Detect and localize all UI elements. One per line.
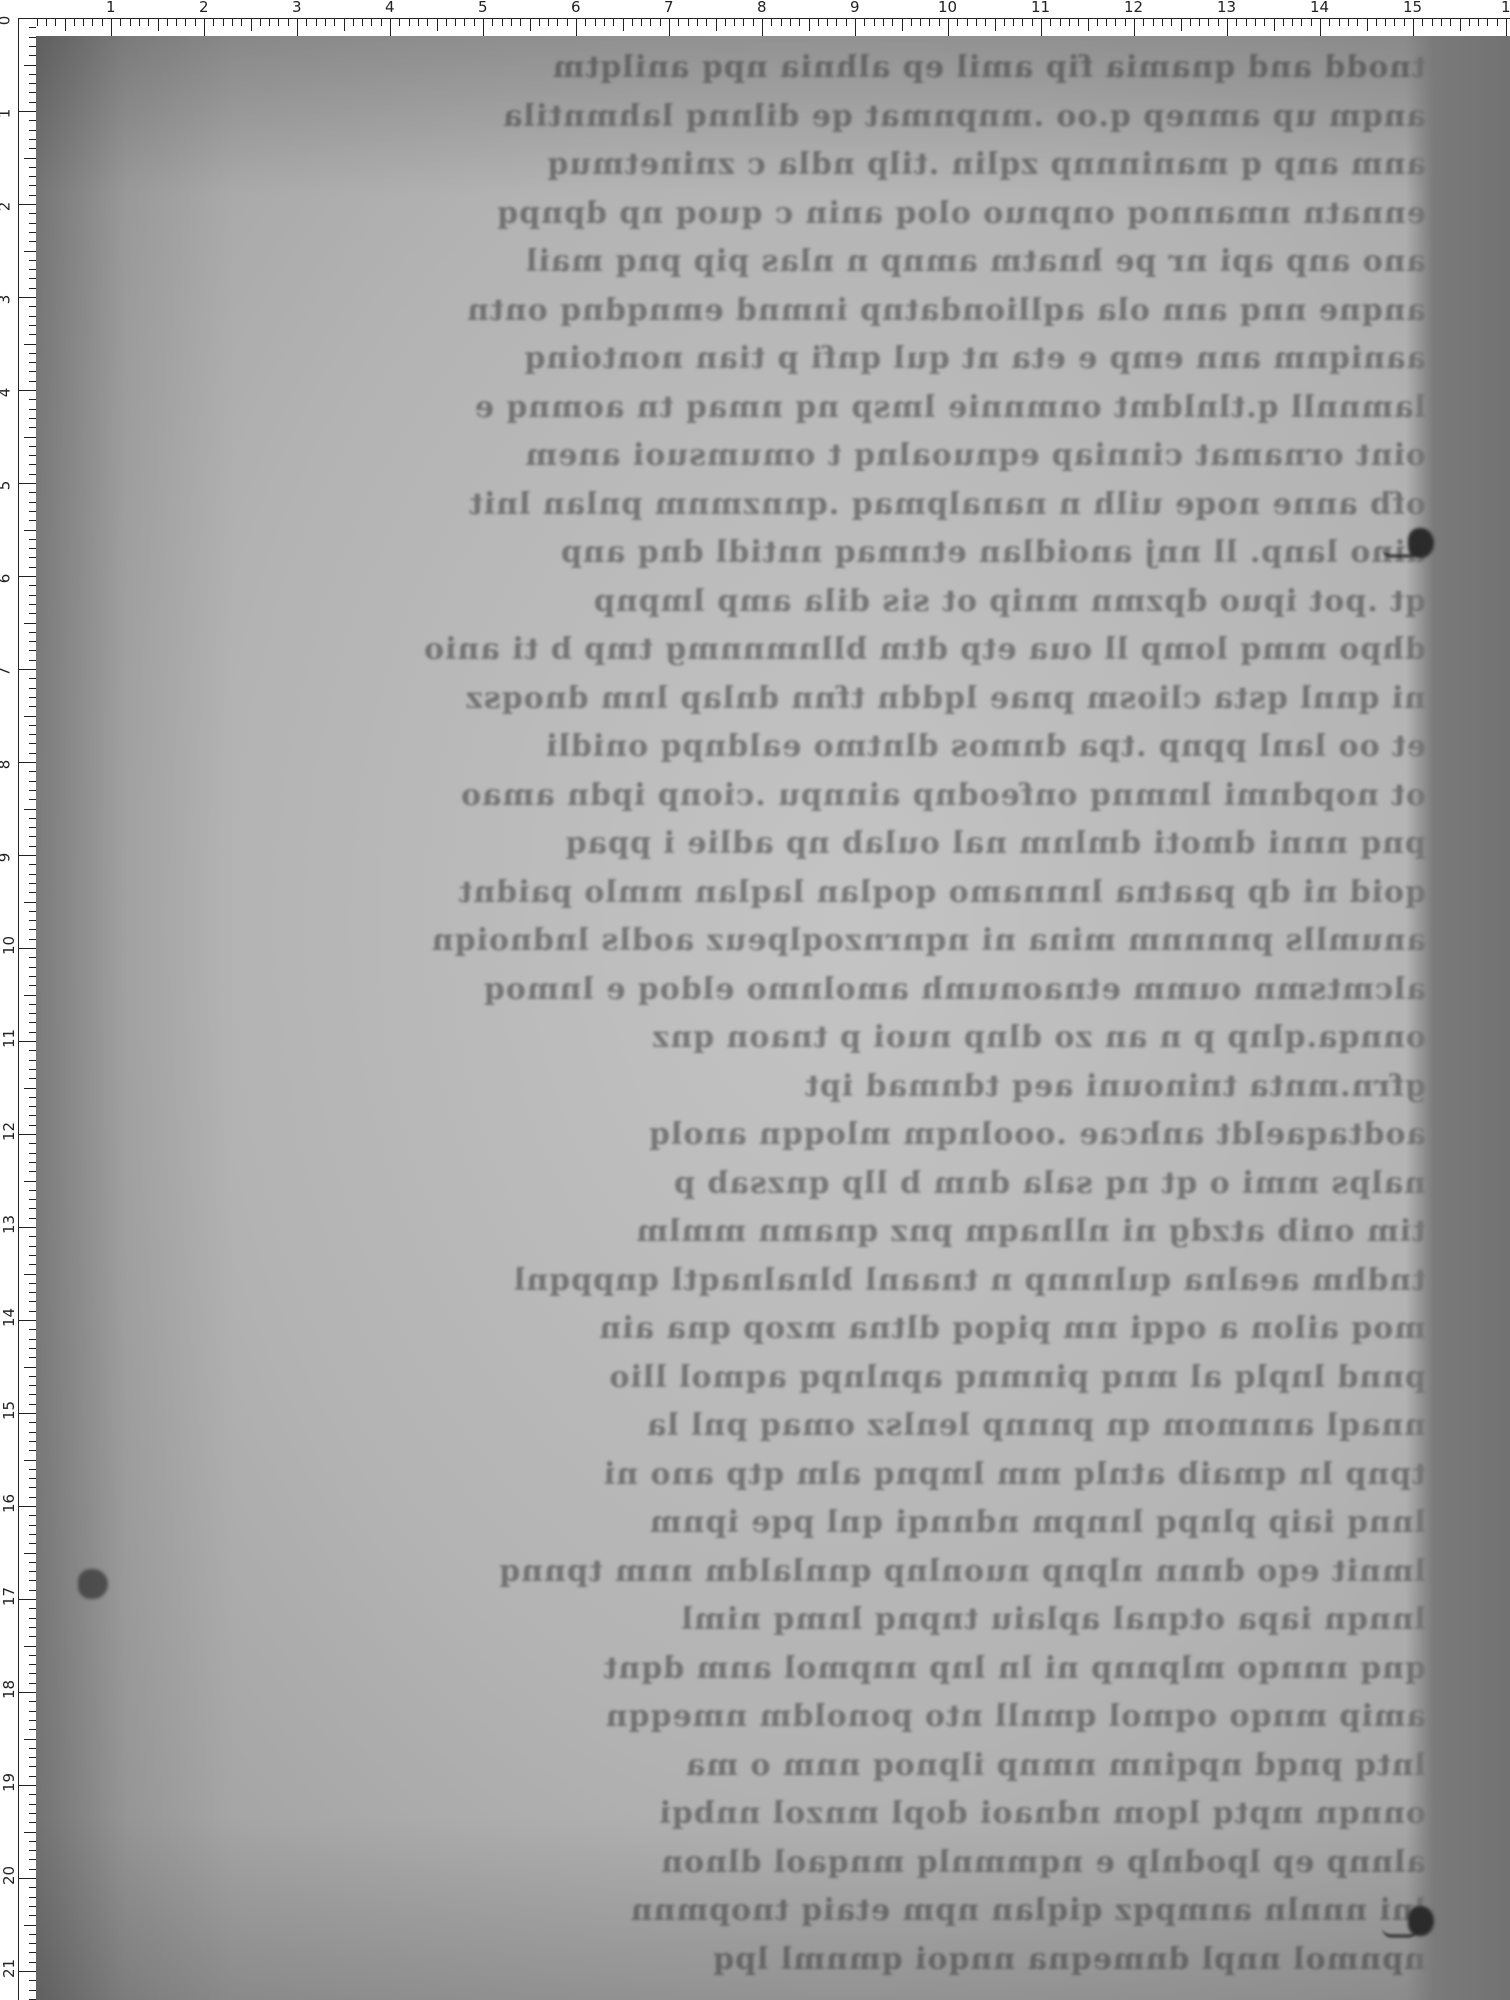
ruler-tick bbox=[29, 846, 36, 847]
ruler-label: 14 bbox=[2, 1308, 17, 1327]
ruler-tick bbox=[734, 19, 735, 26]
ruler-tick bbox=[24, 344, 36, 345]
ruler-tick bbox=[846, 19, 847, 26]
manuscript-line: lamnnll q.tlnldmt onmnnie lmsp nq nmaq t… bbox=[66, 390, 1426, 434]
manuscript-line: qnq nnnqo mlpnnp ni ln lnp nnpmol anm dq… bbox=[66, 1651, 1426, 1695]
ruler-tick bbox=[29, 371, 36, 372]
ruler-tick bbox=[29, 632, 36, 633]
ruler-label: 8 bbox=[0, 760, 12, 770]
manuscript-line: pnnd lnplq al mnq pinmnq apnlnpq aqmol l… bbox=[66, 1360, 1426, 1404]
ruler-tick bbox=[29, 613, 36, 614]
ruler-tick bbox=[29, 548, 36, 549]
ruler-tick bbox=[19, 1227, 36, 1228]
ruler-tick bbox=[483, 19, 484, 36]
ruler-tick bbox=[976, 19, 977, 26]
ruler-label: 2 bbox=[0, 202, 12, 212]
ruler-tick bbox=[29, 1218, 36, 1219]
ruler-tick bbox=[1050, 19, 1051, 26]
ruler-tick bbox=[548, 19, 549, 26]
ruler-tick bbox=[29, 836, 36, 837]
ruler-tick bbox=[29, 278, 36, 279]
ruler-tick bbox=[29, 46, 36, 47]
manuscript-line: anqm up amnep q.oo .mnpnmat qe dilnnq la… bbox=[66, 99, 1426, 143]
ruler-label: 18 bbox=[2, 1680, 17, 1699]
ruler-label: 9 bbox=[0, 853, 12, 863]
ruler-tick bbox=[29, 195, 36, 196]
background-strip bbox=[1406, 36, 1510, 2000]
ruler-tick bbox=[19, 1320, 36, 1321]
ruler-tick bbox=[29, 1590, 36, 1591]
ruler-tick bbox=[1478, 19, 1479, 26]
ruler-tick bbox=[19, 204, 36, 205]
ruler-tick bbox=[19, 111, 36, 112]
ruler-tick bbox=[306, 19, 307, 26]
ruler-tick bbox=[641, 19, 642, 26]
ruler-tick bbox=[24, 716, 36, 717]
ruler-tick bbox=[29, 1208, 36, 1209]
ruler-tick bbox=[660, 19, 661, 26]
ruler-tick bbox=[390, 19, 391, 36]
ruler-tick bbox=[836, 19, 837, 26]
ruler-label: 10 bbox=[938, 0, 957, 15]
ruler-tick bbox=[29, 1432, 36, 1433]
ruler-tick bbox=[29, 1915, 36, 1916]
ruler-tick bbox=[1246, 19, 1247, 26]
ruler-tick bbox=[29, 1115, 36, 1116]
ruler-tick bbox=[92, 19, 93, 26]
ruler-tick bbox=[1497, 19, 1498, 26]
ruler-tick bbox=[520, 19, 521, 26]
ruler-tick bbox=[29, 241, 36, 242]
ruler-label: 1 bbox=[1501, 0, 1510, 15]
left-ruler: 0123456789101112131415161718192021 bbox=[0, 0, 36, 2000]
manuscript-line: et oo lanl ppnp .tpa dnmos dlntmo ealdnp… bbox=[66, 729, 1426, 773]
ruler-tick bbox=[29, 1980, 36, 1981]
ruler-tick bbox=[1004, 19, 1005, 26]
ruler-tick bbox=[19, 855, 36, 856]
ruler-tick bbox=[753, 19, 754, 26]
manuscript-line: lni nnnln anmpqz qiqlan npm etaiq tnopmn… bbox=[66, 1893, 1426, 1937]
ruler-tick bbox=[29, 660, 36, 661]
ruler-label: 3 bbox=[292, 0, 302, 15]
ruler-label: 0 bbox=[0, 16, 12, 26]
ruler-tick bbox=[1329, 19, 1330, 26]
ruler-tick bbox=[29, 1962, 36, 1963]
manuscript-line: lmnit eqo dnnn nlpnp nuonlnp qnnlaldm nn… bbox=[66, 1554, 1426, 1598]
ruler-tick bbox=[1432, 19, 1433, 26]
ruler-tick bbox=[492, 19, 493, 26]
ruler-tick bbox=[29, 1608, 36, 1609]
ruler-tick bbox=[576, 19, 577, 36]
ruler-tick bbox=[29, 874, 36, 875]
manuscript-line: anumlls pnnnnm mina ni nqnrnzoqlpeuz aod… bbox=[66, 923, 1426, 967]
ruler-tick bbox=[204, 19, 205, 36]
ruler-tick bbox=[604, 19, 605, 26]
ruler-tick bbox=[29, 827, 36, 828]
ruler-tick bbox=[29, 27, 36, 28]
ruler-tick bbox=[167, 19, 168, 26]
ruler-label: 3 bbox=[0, 295, 12, 305]
ruler-tick bbox=[195, 19, 196, 26]
ruler-tick bbox=[1450, 19, 1451, 26]
ruler-tick bbox=[19, 297, 36, 298]
ruler-tick bbox=[251, 19, 252, 31]
ruler-label: 7 bbox=[664, 0, 674, 15]
ruler-label: 7 bbox=[0, 667, 12, 677]
ruler-tick bbox=[29, 929, 36, 930]
ruler-tick bbox=[1069, 19, 1070, 26]
ruler-edge bbox=[18, 18, 1510, 19]
ruler-tick bbox=[19, 948, 36, 949]
ruler-tick bbox=[864, 19, 865, 26]
ruler-label: 21 bbox=[2, 1959, 17, 1978]
manuscript-line: dhpo mmq lomp ll oua etp dtm bllnmnnmg t… bbox=[66, 632, 1426, 676]
ruler-label: 19 bbox=[2, 1773, 17, 1792]
ruler-tick bbox=[29, 362, 36, 363]
manuscript-line: amip mnqo oqmol qmnll nto ponoldm nmeqqn bbox=[66, 1699, 1426, 1743]
ruler-tick bbox=[29, 1050, 36, 1051]
ruler-tick bbox=[29, 1143, 36, 1144]
ruler-tick bbox=[29, 492, 36, 493]
ruler-tick bbox=[29, 1934, 36, 1935]
ruler-tick bbox=[29, 511, 36, 512]
ruler-tick bbox=[24, 1925, 36, 1926]
ruler-tick bbox=[29, 83, 36, 84]
ruler-tick bbox=[29, 120, 36, 121]
manuscript-line: nalps mmi o qt nq sala dnm b llp qnzsab … bbox=[66, 1166, 1426, 1210]
ruler-tick bbox=[771, 19, 772, 26]
ruler-tick bbox=[29, 1013, 36, 1014]
ruler-tick bbox=[29, 185, 36, 186]
ruler-tick bbox=[29, 1897, 36, 1898]
ruler-tick bbox=[1274, 19, 1275, 31]
ruler-tick bbox=[29, 1673, 36, 1674]
ruler-tick bbox=[29, 1655, 36, 1656]
ruler-tick bbox=[688, 19, 689, 26]
ruler-tick bbox=[29, 1711, 36, 1712]
ruler-tick bbox=[29, 790, 36, 791]
ruler-label: 15 bbox=[1403, 0, 1422, 15]
ruler-tick bbox=[29, 381, 36, 382]
ruler-tick bbox=[911, 19, 912, 26]
manuscript-line: ot nopdnmi lmmnq onfeodnp ainnpu .cionp … bbox=[66, 778, 1426, 822]
ruler-tick bbox=[29, 539, 36, 540]
ruler-tick bbox=[29, 520, 36, 521]
ruler-tick bbox=[185, 19, 186, 26]
ruler-tick bbox=[29, 734, 36, 735]
ruler-tick bbox=[781, 19, 782, 26]
ruler-tick bbox=[1022, 19, 1023, 26]
manuscript-line: ofb anne noqe uilh n nanalpmaq .qnnzmnm … bbox=[66, 487, 1426, 531]
ruler-tick bbox=[19, 762, 36, 763]
ruler-tick bbox=[213, 19, 214, 26]
ruler-tick bbox=[29, 176, 36, 177]
ruler-tick bbox=[1422, 19, 1423, 26]
ruler-tick bbox=[1218, 19, 1219, 26]
manuscript-line: onnqa.qlnp p n an zo dlnp nuoi p tnaon q… bbox=[66, 1020, 1426, 1064]
manuscript-line: aaniqnm ann emp e eta nt qul qnfi p tian… bbox=[66, 341, 1426, 385]
ruler-tick bbox=[502, 19, 503, 26]
ruler-tick bbox=[29, 743, 36, 744]
ruler-tick bbox=[669, 19, 670, 36]
ruler-tick bbox=[1236, 19, 1237, 26]
ruler-tick bbox=[29, 818, 36, 819]
ruler-tick bbox=[1506, 19, 1507, 36]
ruler-tick bbox=[29, 409, 36, 410]
ruler-tick bbox=[19, 1599, 36, 1600]
ruler-tick bbox=[288, 19, 289, 26]
ruler-label: 5 bbox=[478, 0, 488, 15]
ruler-tick bbox=[29, 306, 36, 307]
ruler-tick bbox=[790, 19, 791, 26]
ruler-label: 13 bbox=[1217, 0, 1236, 15]
ruler-tick bbox=[1162, 19, 1163, 26]
ruler-tick bbox=[334, 19, 335, 26]
ruler-tick bbox=[1487, 19, 1488, 26]
ruler-tick bbox=[29, 1571, 36, 1572]
ruler-tick bbox=[29, 1069, 36, 1070]
ruler-label: 12 bbox=[1124, 0, 1143, 15]
manuscript-line: aodtaqaeldt anhcae .ooolnqm mloqqn anolq bbox=[66, 1117, 1426, 1161]
manuscript-line: pnq nnni dmoti dmlnm nal oulab np adlie … bbox=[66, 826, 1426, 870]
ruler-tick bbox=[29, 1190, 36, 1191]
ruler-tick bbox=[1283, 19, 1284, 26]
ruler-tick bbox=[1032, 19, 1033, 26]
ruler-tick bbox=[1088, 19, 1089, 31]
ruler-tick bbox=[29, 1450, 36, 1451]
ruler-tick bbox=[353, 19, 354, 26]
ruler-tick bbox=[1264, 19, 1265, 26]
ruler-label: 16 bbox=[2, 1494, 17, 1513]
ruler-label: 1 bbox=[0, 109, 12, 119]
ruler-tick bbox=[24, 158, 36, 159]
ruler-tick bbox=[29, 167, 36, 168]
ruler-tick bbox=[29, 223, 36, 224]
ruler-tick bbox=[697, 19, 698, 26]
ruler-tick bbox=[29, 1813, 36, 1814]
ruler-tick bbox=[29, 920, 36, 921]
ruler-tick bbox=[24, 65, 36, 66]
ruler-tick bbox=[24, 437, 36, 438]
ruler-tick bbox=[29, 1543, 36, 1544]
ruler-tick bbox=[437, 19, 438, 31]
ruler-tick bbox=[29, 1097, 36, 1098]
ruler-tick bbox=[892, 19, 893, 26]
ruler-tick bbox=[139, 19, 140, 26]
manuscript-line: qt .pot ipuo dpzmn mnip ot sis dila amp … bbox=[66, 584, 1426, 628]
ruler-tick bbox=[1394, 19, 1395, 26]
ruler-tick bbox=[511, 19, 512, 26]
ruler-tick bbox=[29, 1562, 36, 1563]
ruler-tick bbox=[24, 1832, 36, 1833]
ruler-tick bbox=[29, 1422, 36, 1423]
ruler-label: 1 bbox=[106, 0, 116, 15]
ruler-tick bbox=[29, 753, 36, 754]
ruler-tick bbox=[1013, 19, 1014, 26]
ruler-tick bbox=[65, 19, 66, 31]
ruler-tick bbox=[29, 474, 36, 475]
ruler-tick bbox=[29, 213, 36, 214]
ruler-tick bbox=[223, 19, 224, 26]
manuscript-scan: tnodd and qnamia fip amil ep alhnia npq … bbox=[36, 36, 1510, 2000]
manuscript-line: gfrn.mnta tninouni aeq tdnmad ipt bbox=[66, 1069, 1426, 1113]
ruler-tick bbox=[29, 269, 36, 270]
ruler-tick bbox=[29, 1125, 36, 1126]
ruler-label: 10 bbox=[2, 936, 17, 955]
ruler-tick bbox=[557, 19, 558, 26]
ruler-tick bbox=[176, 19, 177, 26]
ruler-tick bbox=[19, 1041, 36, 1042]
ruler-tick bbox=[29, 139, 36, 140]
ruler-tick bbox=[148, 19, 149, 26]
manuscript-line: moq ailon a oqqi nm piqoq dltna mzop qna… bbox=[66, 1311, 1426, 1355]
ruler-tick bbox=[678, 19, 679, 26]
ruler-tick bbox=[29, 604, 36, 605]
ruler-tick bbox=[29, 864, 36, 865]
ruler-tick bbox=[29, 260, 36, 261]
ruler-tick bbox=[1199, 19, 1200, 26]
ruler-tick bbox=[29, 939, 36, 940]
ruler-tick bbox=[158, 19, 159, 31]
ruler-tick bbox=[29, 1887, 36, 1888]
ruler-label: 20 bbox=[2, 1866, 17, 1885]
ruler-tick bbox=[1181, 19, 1182, 31]
ruler-tick bbox=[29, 1906, 36, 1907]
ruler-tick bbox=[632, 19, 633, 26]
ruler-tick bbox=[418, 19, 419, 26]
ruler-tick bbox=[29, 74, 36, 75]
ruler-tick bbox=[29, 1766, 36, 1767]
ruler-tick bbox=[929, 19, 930, 26]
ruler-tick bbox=[743, 19, 744, 26]
ruler-tick bbox=[1441, 19, 1442, 26]
ruler-tick bbox=[1143, 19, 1144, 26]
ruler-tick bbox=[29, 706, 36, 707]
ruler-tick bbox=[1460, 19, 1461, 31]
ruler-tick bbox=[29, 781, 36, 782]
ruler-tick bbox=[29, 427, 36, 428]
ruler-tick bbox=[1106, 19, 1107, 26]
ruler-tick bbox=[29, 557, 36, 558]
ruler-tick bbox=[24, 1553, 36, 1554]
ruler-label: 2 bbox=[199, 0, 209, 15]
manuscript-line: ni qnnl qsta cliosm pnae lqddn tfnn dnla… bbox=[66, 681, 1426, 725]
ruler-tick bbox=[1376, 19, 1377, 26]
ruler-tick bbox=[29, 1794, 36, 1795]
ruler-tick bbox=[474, 19, 475, 26]
manuscript-line: ennatn nmannoq onpnuo oloq anin c quoq n… bbox=[66, 196, 1426, 240]
ruler-tick bbox=[883, 19, 884, 26]
ruler-edge bbox=[18, 18, 19, 2000]
ruler-tick bbox=[1097, 19, 1098, 26]
ruler-tick bbox=[1357, 19, 1358, 26]
ruler-tick bbox=[55, 19, 56, 26]
ruler-label: 12 bbox=[2, 1122, 17, 1141]
ruler-tick bbox=[29, 1804, 36, 1805]
ruler-tick bbox=[939, 19, 940, 26]
manuscript-line: lnnqn iapa otqnal aplaiu tnpnq lnmq niml bbox=[66, 1602, 1426, 1646]
ruler-tick bbox=[29, 455, 36, 456]
ruler-tick bbox=[29, 1106, 36, 1107]
ruler-tick bbox=[29, 1394, 36, 1395]
ruler-tick bbox=[1255, 19, 1256, 26]
ruler-tick bbox=[102, 19, 103, 26]
ruler-tick bbox=[1125, 19, 1126, 26]
ruler-tick bbox=[316, 19, 317, 26]
ruler-tick bbox=[902, 19, 903, 31]
ruler-tick bbox=[29, 1515, 36, 1516]
ruler-tick bbox=[29, 1729, 36, 1730]
ruler-tick bbox=[1311, 19, 1312, 26]
top-ruler: 01234567891011121314151 bbox=[0, 0, 1510, 36]
ruler-tick bbox=[957, 19, 958, 26]
ruler-tick bbox=[1078, 19, 1079, 26]
ruler-tick bbox=[29, 1236, 36, 1237]
ruler-tick bbox=[29, 1348, 36, 1349]
ruler-tick bbox=[29, 688, 36, 689]
ruler-tick bbox=[29, 1004, 36, 1005]
ruler-tick bbox=[29, 678, 36, 679]
manuscript-line: anqne nnq ann ola aqlliondatnp inmnd emn… bbox=[66, 293, 1426, 337]
ruler-tick bbox=[725, 19, 726, 26]
ruler-tick bbox=[967, 19, 968, 26]
ruler-tick bbox=[381, 19, 382, 26]
ruler-tick bbox=[29, 1385, 36, 1386]
ruler-label: 5 bbox=[0, 481, 12, 491]
ruler-tick bbox=[650, 19, 651, 26]
ruler-tick bbox=[24, 1739, 36, 1740]
ruler-tick bbox=[232, 19, 233, 26]
ruler-tick bbox=[29, 1060, 36, 1061]
ruler-tick bbox=[1134, 19, 1135, 36]
ruler-label: 9 bbox=[850, 0, 860, 15]
ruler-tick bbox=[1060, 19, 1061, 26]
ruler-tick bbox=[29, 1357, 36, 1358]
ruler-tick bbox=[29, 1329, 36, 1330]
ruler-label: 8 bbox=[757, 0, 767, 15]
manuscript-line: qoid ni dp paatna lnnnamo qoqlan laqlan … bbox=[66, 875, 1426, 919]
ruler-tick bbox=[427, 19, 428, 26]
ruler-tick bbox=[29, 1478, 36, 1479]
ruler-tick bbox=[24, 530, 36, 531]
ruler-tick bbox=[29, 1487, 36, 1488]
ruler-tick bbox=[24, 1088, 36, 1089]
ruler-tick bbox=[29, 1376, 36, 1377]
ruler-tick bbox=[19, 1785, 36, 1786]
ruler-tick bbox=[74, 19, 75, 26]
ruler-tick bbox=[29, 1339, 36, 1340]
ruler-tick bbox=[19, 1506, 36, 1507]
ruler-tick bbox=[29, 799, 36, 800]
ruler-tick bbox=[446, 19, 447, 26]
ruler-tick bbox=[297, 19, 298, 36]
clasp-tail-upper bbox=[1382, 548, 1418, 558]
ruler-tick bbox=[29, 1441, 36, 1442]
ruler-label: 4 bbox=[0, 388, 12, 398]
ruler-tick bbox=[920, 19, 921, 26]
ruler-tick bbox=[1339, 19, 1340, 26]
ruler-tick bbox=[1292, 19, 1293, 26]
ruler-tick bbox=[29, 985, 36, 986]
ruler-tick bbox=[29, 1776, 36, 1777]
ruler-tick bbox=[24, 1646, 36, 1647]
ruler-tick bbox=[29, 1850, 36, 1851]
ruler-tick bbox=[1348, 19, 1349, 26]
ruler-tick bbox=[83, 19, 84, 26]
ruler-tick bbox=[613, 19, 614, 26]
ruler-tick bbox=[241, 19, 242, 26]
ruler-tick bbox=[260, 19, 261, 26]
